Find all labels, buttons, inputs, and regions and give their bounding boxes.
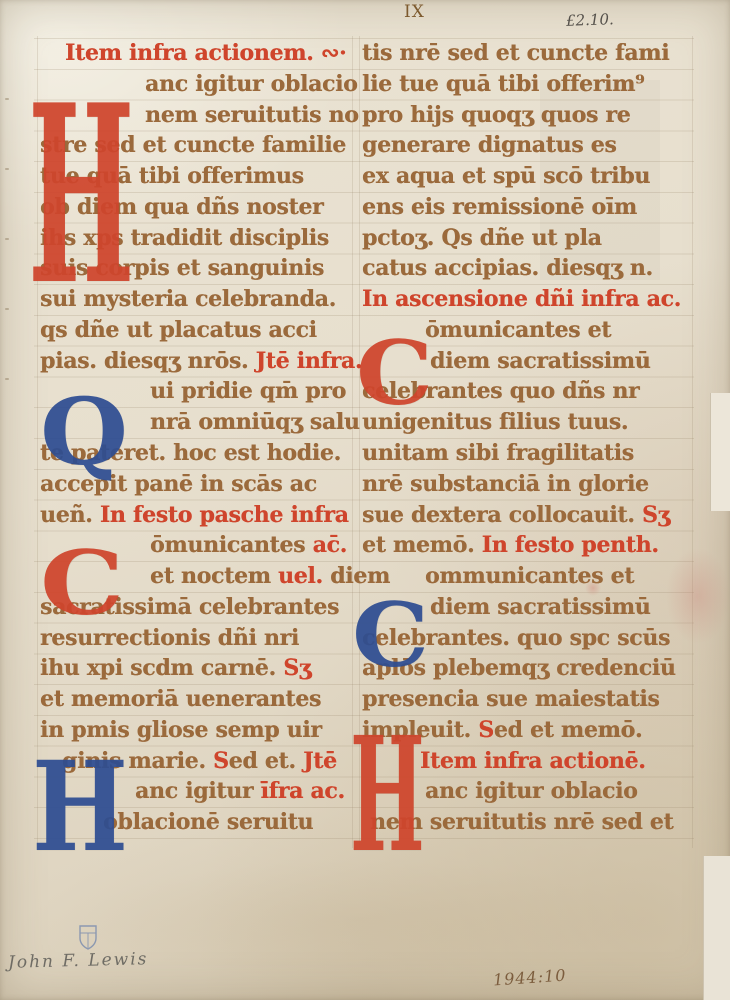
decorated-initial-c-blue: C: [352, 591, 429, 679]
body-text: pias. diesqʒ nrōs.: [40, 348, 256, 374]
body-text: lie tue quā tibi offerim⁹: [362, 71, 644, 97]
text-line: et memoriā uenerantes: [40, 684, 321, 714]
text-line: nrā omniūqʒ salu: [150, 407, 360, 437]
rubric-text: Jtē: [303, 748, 337, 774]
rubric-text: Sʒ: [642, 502, 670, 528]
text-line: diem sacratissimū: [430, 592, 650, 622]
pricking-dot: [5, 378, 9, 380]
text-line: anc igitur oblacio: [425, 776, 638, 806]
text-line: anc igitur oblacio: [145, 69, 358, 99]
body-text: pctoʒ. Qs dñe ut pla: [362, 225, 601, 251]
decorated-initial-c-red: C: [40, 539, 124, 627]
body-text: ed et.: [229, 748, 303, 774]
text-line: ommunicantes et: [425, 561, 634, 591]
vertical-ruling-right-margin: [692, 36, 693, 848]
body-text: ōmunicantes et: [425, 317, 611, 343]
text-line: tis nrē sed et cuncte fami: [362, 38, 669, 68]
pricking-dot: [5, 308, 9, 310]
body-text: ōmunicantes: [150, 532, 313, 558]
collector-signature: John F. Lewis: [8, 949, 149, 973]
body-text: catus accipias. diesqʒ n.: [362, 255, 653, 281]
body-text: et memō.: [362, 532, 482, 558]
decorated-initial-c-red: C: [356, 329, 433, 417]
rubric-text: īfra ac.: [261, 778, 345, 804]
text-line: pro hijs quoqʒ quos re: [362, 100, 630, 130]
pricking-dot: [5, 168, 9, 170]
text-line: sue dextera collocauit. Sʒ: [362, 500, 670, 530]
text-line: nrē substanciā in glorie: [362, 469, 649, 499]
body-text: anc igitur: [135, 778, 261, 804]
pink-stain: [666, 548, 730, 644]
body-text: ueñ.: [40, 502, 100, 528]
text-line: ui pridie qm̄ pro: [150, 376, 346, 406]
body-text: ex aqua et spū scō tribu: [362, 163, 650, 189]
rubric-text: ac̄.: [313, 532, 347, 558]
text-line: diem sacratissimū: [430, 346, 650, 376]
body-text: ens eis remissionē oīm: [362, 194, 637, 220]
decorated-initial-h-red: H: [350, 717, 425, 875]
decorated-initial-h-blue: H: [32, 746, 128, 870]
text-line: ens eis remissionē oīm: [362, 192, 637, 222]
leaf-edge-strip: [703, 856, 730, 1000]
text-line: lie tue quā tibi offerim⁹: [362, 69, 644, 99]
rubric-text: Sʒ: [283, 655, 311, 681]
text-line: unitam sibi fragilitatis: [362, 438, 634, 468]
text-line: In ascensione dñi infra ac.: [362, 284, 681, 314]
body-text: ed et memō.: [494, 717, 642, 743]
text-line: nem seruitutis no: [145, 100, 359, 130]
text-line: Item infra actionē.: [420, 746, 646, 776]
body-text: et memoriā uenerantes: [40, 686, 321, 712]
pricking-dot: [5, 238, 9, 240]
text-line: oblacionē seruitu: [103, 807, 313, 837]
manuscript-leaf: IX £2.10. John F. Lewis 1944:10 Item inf…: [0, 0, 730, 1000]
text-line: anc igitur īfra ac.: [135, 776, 345, 806]
body-text: nrē substanciā in glorie: [362, 471, 649, 497]
text-line: ueñ. In festo pasche infra: [40, 500, 349, 530]
edge-repair-patch: [710, 393, 730, 511]
text-line: catus accipias. diesqʒ n.: [362, 253, 653, 283]
rubric-text: S: [478, 717, 494, 743]
body-text: anc igitur oblacio: [145, 71, 358, 97]
rubric-text: In ascensione dñi infra ac.: [362, 286, 681, 312]
decorated-initial-q-blue: Q: [40, 386, 128, 478]
collection-stamp-icon: [78, 924, 98, 950]
body-text: nem seruitutis no: [145, 102, 359, 128]
body-text: ommunicantes et: [425, 563, 634, 589]
folio-number: IX: [404, 2, 425, 22]
text-line: ihu xpi scdm carnē. Sʒ: [40, 653, 311, 683]
accession-number: 1944:10: [492, 965, 567, 989]
pricking-dot: [5, 98, 9, 100]
body-text: sue dextera collocauit.: [362, 502, 642, 528]
body-text: anc igitur oblacio: [425, 778, 638, 804]
body-text: et noctem: [150, 563, 278, 589]
text-line: ōmunicantes et: [425, 315, 611, 345]
text-line: ex aqua et spū scō tribu: [362, 161, 650, 191]
rubric-text: In festo penth.: [482, 532, 659, 558]
rubric-text: Item infra actionē.: [420, 748, 646, 774]
rubric-text: S: [213, 748, 229, 774]
body-text: unitam sibi fragilitatis: [362, 440, 634, 466]
pencil-price-mark: £2.10.: [566, 10, 614, 30]
body-text: ihu xpi scdm carnē.: [40, 655, 283, 681]
body-text: diem sacratissimū: [430, 594, 650, 620]
body-text: ui pridie qm̄ pro: [150, 378, 346, 404]
body-text: oblacionē seruitu: [103, 809, 313, 835]
body-text: diem sacratissimū: [430, 348, 650, 374]
text-line: et memō. In festo penth.: [362, 530, 659, 560]
rubric-text: In festo pasche infra: [100, 502, 349, 528]
decorated-initial-h-red: H: [28, 73, 134, 318]
text-line: pias. diesqʒ nrōs. Jtē infra.: [40, 346, 362, 376]
body-text: generare dignatus es: [362, 132, 616, 158]
body-text: pro hijs quoqʒ quos re: [362, 102, 630, 128]
text-line: pctoʒ. Qs dñe ut pla: [362, 223, 601, 253]
rubric-text: uel.: [278, 563, 323, 589]
text-line: ōmunicantes ac̄.: [150, 530, 347, 560]
body-text: tis nrē sed et cuncte fami: [362, 40, 669, 66]
rubric-text: Jtē infra.: [256, 348, 363, 374]
body-text: nrā omniūqʒ salu: [150, 409, 360, 435]
text-line: generare dignatus es: [362, 130, 616, 160]
